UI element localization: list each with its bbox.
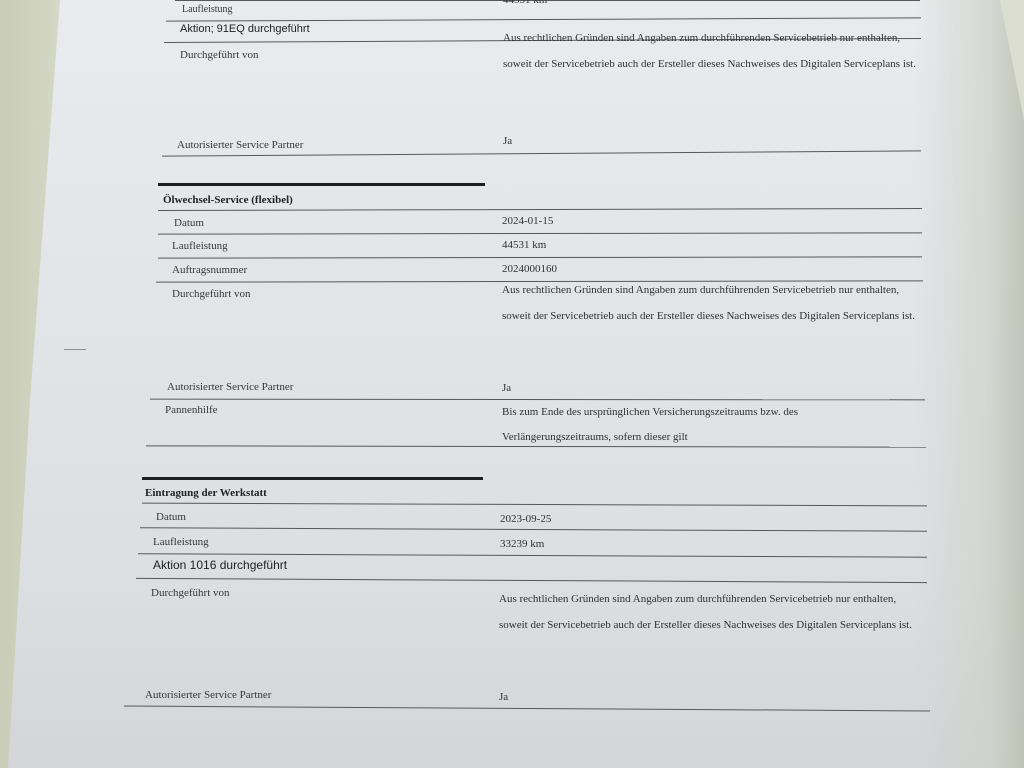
value-autorisierter-partner: Ja [502,382,511,394]
value-datum: 2023-09-25 [500,513,551,525]
value-durchgefuehrt-von: Aus rechtlichen Gründen sind Angaben zum… [503,25,923,77]
label-autorisierter-partner: Autorisierter Service Partner [145,689,271,701]
row-divider [158,256,922,258]
label-laufleistung: Laufleistung [182,4,233,15]
row-divider [142,503,927,507]
label-durchgefuehrt-von: Durchgeführt von [151,587,230,599]
value-laufleistung: 44531 km [502,239,546,251]
page-shadow [914,0,1024,768]
label-auftragsnummer: Auftragsnummer [172,264,247,276]
label-aktion-91eq: Aktion; 91EQ durchgeführt [180,23,310,35]
row-divider [158,208,922,211]
value-auftragsnummer: 2024000160 [502,263,557,275]
section-title: Eintragung der Werkstatt [145,487,267,499]
document-page: Laufleistung 44531 km Aktion; 91EQ durch… [0,0,1024,768]
row-divider [162,150,921,156]
section-rule [142,477,483,480]
value-pannenhilfe: Bis zum Ende des ursprünglichen Versiche… [502,400,882,450]
section-title: Ölwechsel-Service (flexibel) [163,194,293,206]
label-laufleistung: Laufleistung [172,240,228,252]
row-divider [140,527,927,531]
label-durchgefuehrt-von: Durchgeführt von [180,49,259,61]
row-divider [124,706,930,712]
row-divider [175,0,920,1]
value-autorisierter-partner: Ja [499,691,508,703]
margin-mark [64,349,86,350]
value-autorisierter-partner: Ja [503,135,512,147]
value-durchgefuehrt-von: Aus rechtlichen Gründen sind Angaben zum… [499,586,924,638]
value-laufleistung: 44531 km [503,0,547,6]
row-divider [136,578,927,583]
label-pannenhilfe: Pannenhilfe [165,404,218,416]
row-divider [158,232,922,234]
label-datum: Datum [156,511,186,523]
value-datum: 2024-01-15 [502,215,553,227]
section-rule [158,183,485,186]
label-durchgefuehrt-von: Durchgeführt von [172,288,251,300]
value-laufleistung: 33239 km [500,538,544,550]
label-autorisierter-partner: Autorisierter Service Partner [177,139,303,151]
label-autorisierter-partner: Autorisierter Service Partner [167,381,293,393]
label-datum: Datum [174,217,204,229]
label-aktion-1016: Aktion 1016 durchgeführt [153,558,287,572]
value-durchgefuehrt-von: Aus rechtlichen Gründen sind Angaben zum… [502,277,922,329]
row-divider [166,17,921,21]
label-laufleistung: Laufleistung [153,536,209,548]
